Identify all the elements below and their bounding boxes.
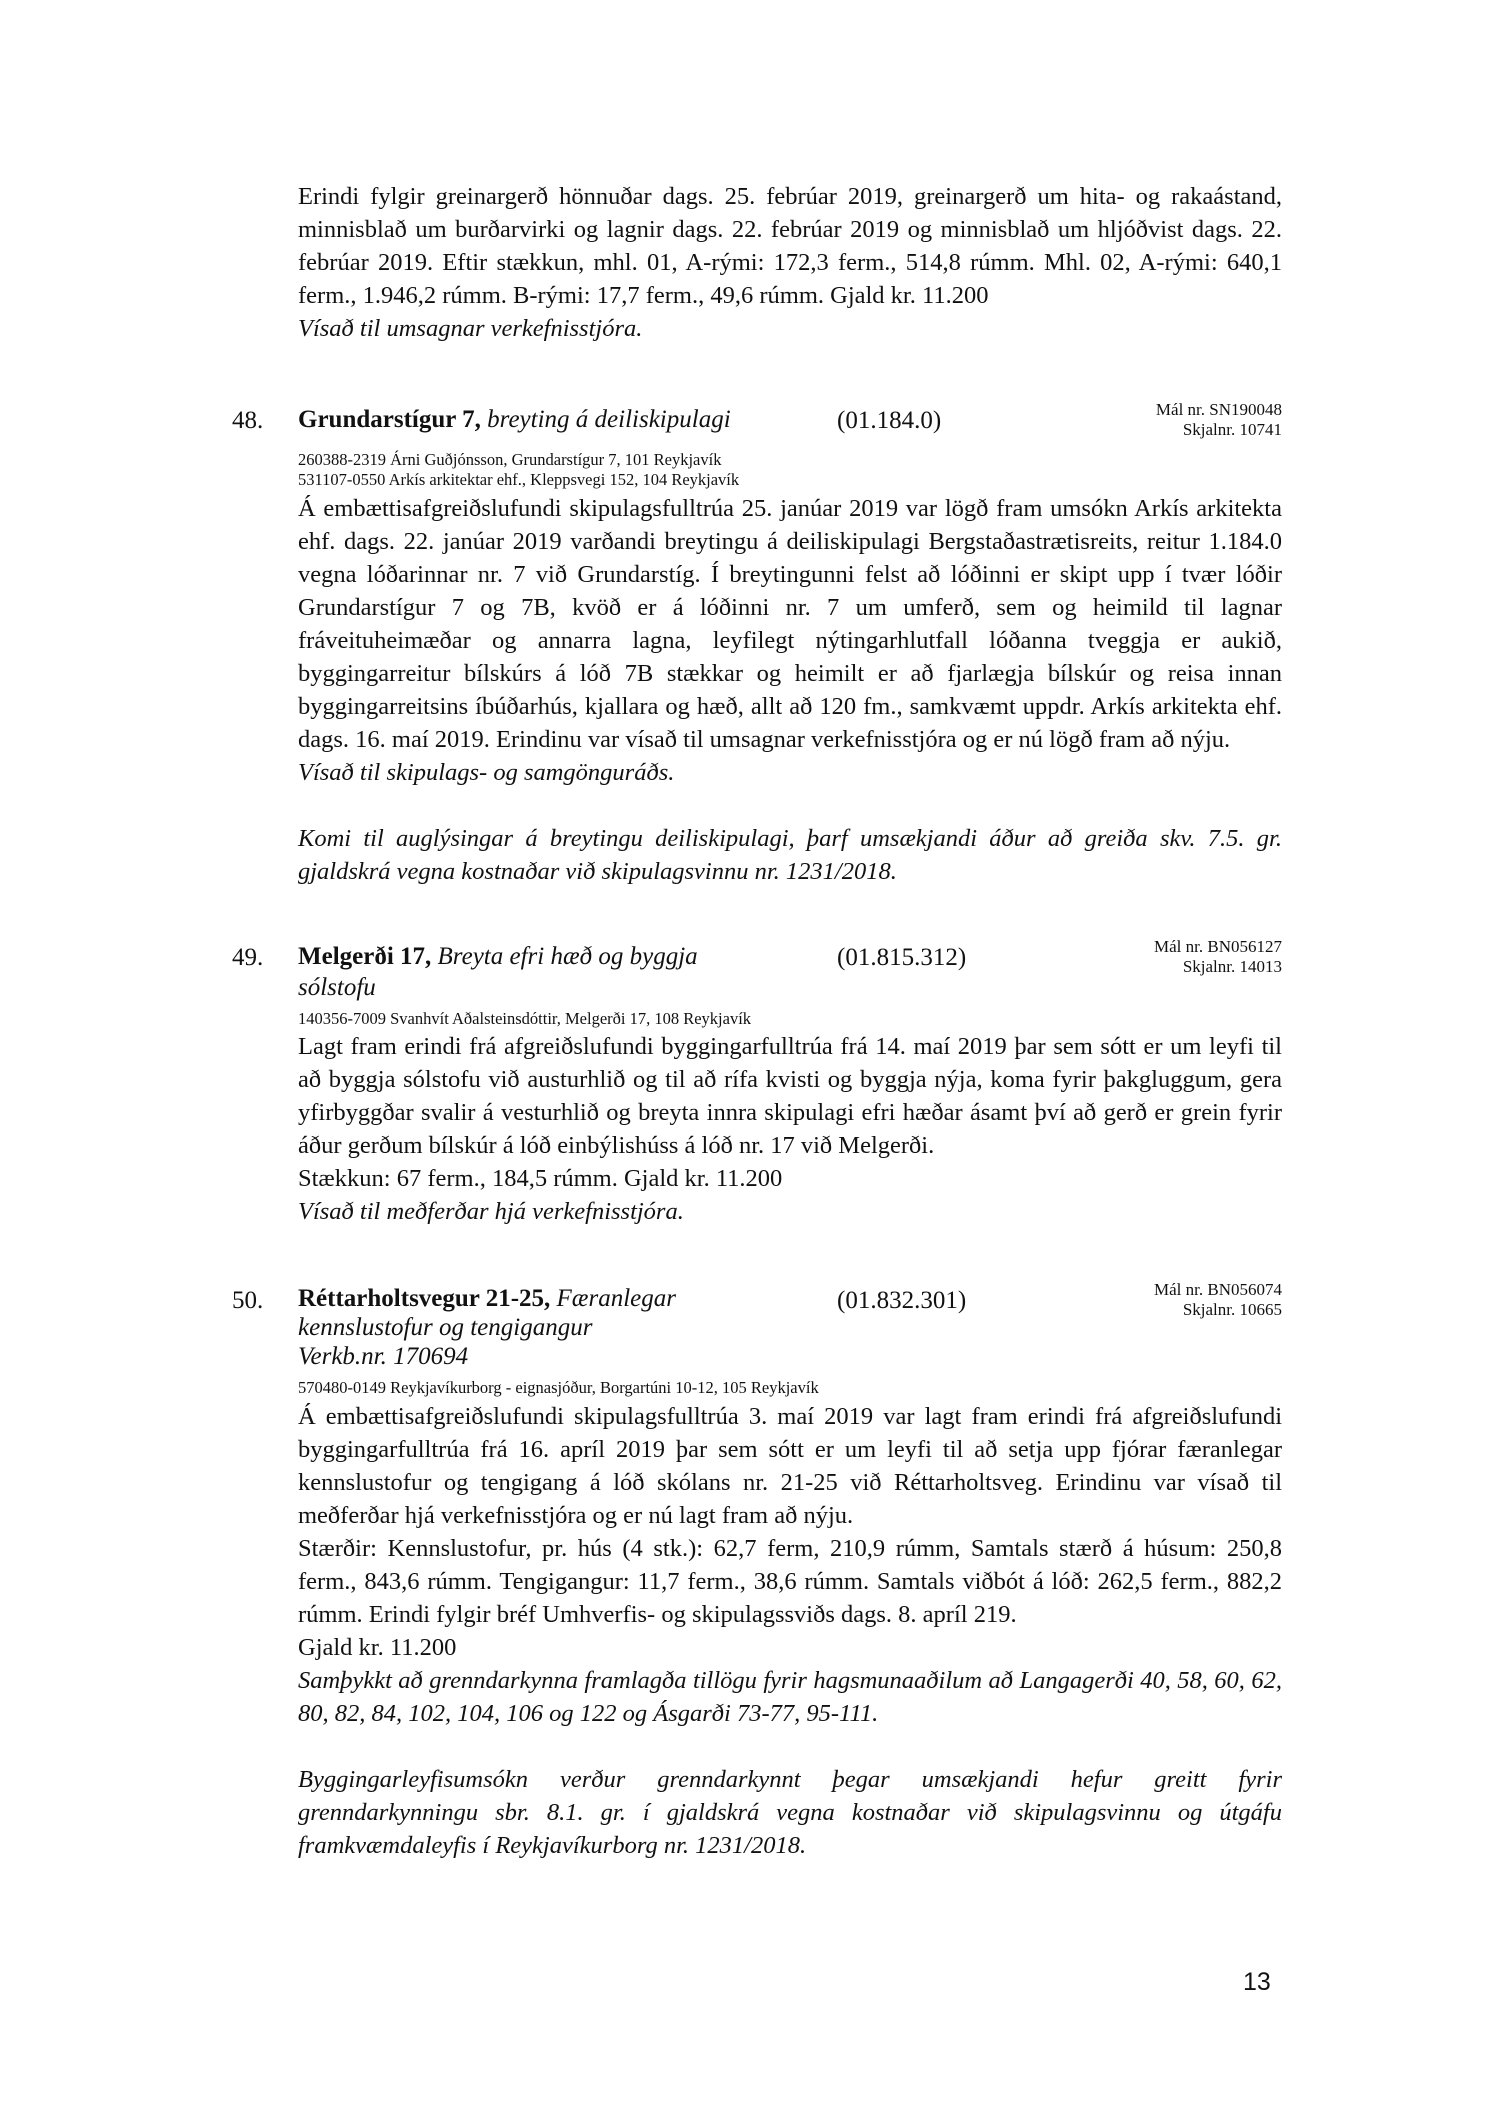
case-references: Mál nr. BN056127 Skjalnr. 14013: [1154, 937, 1282, 977]
continuation-decision: Vísað til umsagnar verkefnisstjóra.: [298, 312, 1282, 345]
item-subdescription: Verkb.nr. 170694: [298, 1342, 768, 1371]
applicant-list: 140356-7009 Svanhvít Aðalsteinsdóttir, M…: [298, 1009, 751, 1029]
continuation-text: Erindi fylgir greinargerð hönnuðar dags.…: [298, 180, 1282, 312]
item-address: Réttarholtsvegur 21-25,: [298, 1285, 550, 1312]
item-body-text: Á embættisafgreiðslufundi skipulagsfullt…: [298, 1400, 1282, 1532]
item-size-fee: Stækkun: 67 ferm., 184,5 rúmm. Gjald kr.…: [298, 1162, 1282, 1195]
applicant: 570480-0149 Reykjavíkurborg - eignasjóðu…: [298, 1378, 819, 1398]
case-number: Mál nr. BN056074: [1154, 1280, 1282, 1300]
item-decision: Vísað til skipulags- og samgönguráðs.: [298, 756, 1282, 789]
applicant-list: 570480-0149 Reykjavíkurborg - eignasjóðu…: [298, 1378, 819, 1398]
item-address: Melgerði 17,: [298, 943, 431, 970]
item-number: 48.: [232, 404, 263, 437]
document-number: Skjalnr. 10665: [1154, 1300, 1282, 1320]
item-number: 49.: [232, 941, 263, 974]
item-title: Grundarstígur 7, breyting á deiliskipula…: [298, 404, 818, 435]
case-number: Mál nr. BN056127: [1154, 937, 1282, 957]
document-number: Skjalnr. 14013: [1154, 957, 1282, 977]
item-address: Grundarstígur 7,: [298, 406, 481, 433]
case-number: Mál nr. SN190048: [1156, 400, 1282, 420]
land-number: (01.815.312): [837, 941, 966, 974]
applicant-list: 260388-2319 Árni Guðjónsson, Grundarstíg…: [298, 450, 739, 490]
applicant: 531107-0550 Arkís arkitektar ehf., Klepp…: [298, 470, 739, 490]
item-body: Á embættisafgreiðslufundi skipulagsfullt…: [298, 1400, 1282, 1862]
case-references: Mál nr. BN056074 Skjalnr. 10665: [1154, 1280, 1282, 1320]
item-description: breyting á deiliskipulagi: [487, 406, 730, 433]
item-sizes: Stærðir: Kennslustofur, pr. hús (4 stk.)…: [298, 1532, 1282, 1631]
item-title: Réttarholtsvegur 21-25, Færanlegar kenns…: [298, 1284, 768, 1371]
case-references: Mál nr. SN190048 Skjalnr. 10741: [1156, 400, 1282, 440]
item-note: Komi til auglýsingar á breytingu deilisk…: [298, 822, 1282, 888]
page-number: 13: [1243, 1968, 1271, 1997]
document-number: Skjalnr. 10741: [1156, 420, 1282, 440]
item-decision: Samþykkt að grenndarkynna framlagða till…: [298, 1664, 1282, 1730]
item-note: Byggingarleyfisumsókn verður grenndarkyn…: [298, 1763, 1282, 1862]
item-number: 50.: [232, 1284, 263, 1317]
item-decision: Vísað til meðferðar hjá verkefnisstjóra.: [298, 1195, 1282, 1228]
land-number: (01.184.0): [837, 404, 941, 437]
item-body-text: Lagt fram erindi frá afgreiðslufundi byg…: [298, 1030, 1282, 1162]
item-body: Lagt fram erindi frá afgreiðslufundi byg…: [298, 1030, 1282, 1228]
applicant: 260388-2319 Árni Guðjónsson, Grundarstíg…: [298, 450, 739, 470]
land-number: (01.832.301): [837, 1284, 966, 1317]
applicant: 140356-7009 Svanhvít Aðalsteinsdóttir, M…: [298, 1009, 751, 1029]
continuation-section: Erindi fylgir greinargerð hönnuðar dags.…: [298, 180, 1282, 345]
item-title: Melgerði 17, Breyta efri hæð og byggja s…: [298, 941, 738, 1003]
item-body-text: Á embættisafgreiðslufundi skipulagsfullt…: [298, 492, 1282, 756]
item-body: Á embættisafgreiðslufundi skipulagsfullt…: [298, 492, 1282, 888]
item-fee: Gjald kr. 11.200: [298, 1631, 1282, 1664]
